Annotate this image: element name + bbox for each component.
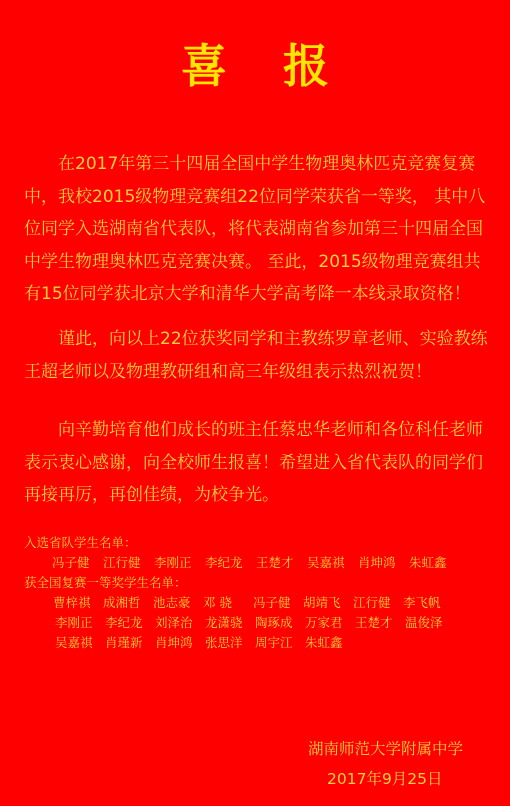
page-title: 喜 报 bbox=[0, 30, 510, 96]
provincial-team-heading: 入选省队学生名单： bbox=[24, 533, 494, 553]
student-name: 吴嘉祺 bbox=[307, 553, 358, 573]
student-name: 肖坤鸿 bbox=[358, 553, 409, 573]
thanks-paragraph: 向辛勤培育他们成长的班主任蔡忠华老师和各位科任老师表示衷心感谢，向全校师生报喜！… bbox=[24, 414, 490, 512]
student-name: 肖坤鸿 bbox=[155, 633, 205, 653]
student-name: 肖瑾新 bbox=[105, 633, 155, 653]
student-name: 成湘哲 bbox=[103, 593, 153, 613]
student-name: 李纪龙 bbox=[205, 553, 256, 573]
student-name: 李刚正 bbox=[154, 553, 205, 573]
student-name: 江行健 bbox=[353, 593, 403, 613]
title-char-xi: 喜 bbox=[181, 30, 227, 96]
student-name: 邓 骁 bbox=[203, 593, 253, 613]
student-name: 冯子健 bbox=[253, 593, 303, 613]
student-name: 龙潇骁 bbox=[205, 613, 255, 633]
student-name: 朱虹鑫 bbox=[409, 553, 460, 573]
student-name: 朱虹鑫 bbox=[305, 633, 355, 653]
student-name: 王楚才 bbox=[256, 553, 307, 573]
name-lists: 入选省队学生名单： 冯子健 江行健 李刚正 李纪龙 王楚才 吴嘉祺 肖坤鸿 朱虹… bbox=[24, 533, 494, 653]
signature-date: 2017年9月25日 bbox=[327, 767, 443, 789]
provincial-team-names: 冯子健 江行健 李刚正 李纪龙 王楚才 吴嘉祺 肖坤鸿 朱虹鑫 bbox=[24, 553, 494, 573]
student-name: 冯子健 bbox=[52, 553, 103, 573]
student-name: 刘泽治 bbox=[155, 613, 205, 633]
title-char-bao: 报 bbox=[283, 30, 329, 96]
national-prize-row-3: 吴嘉祺 肖瑾新 肖坤鸿 张思洋 周宇江 朱虹鑫 bbox=[24, 633, 494, 653]
student-name: 胡靖飞 bbox=[303, 593, 353, 613]
student-name: 曹梓祺 bbox=[53, 593, 103, 613]
student-name: 江行健 bbox=[103, 553, 154, 573]
student-name: 张思洋 bbox=[205, 633, 255, 653]
student-name: 吴嘉祺 bbox=[55, 633, 105, 653]
student-name: 王楚才 bbox=[355, 613, 405, 633]
student-name: 温俊泽 bbox=[405, 613, 455, 633]
national-prize-row-2: 李刚正 李纪龙 刘泽治 龙潇骁 陶琢成 万家君 王楚才 温俊泽 bbox=[24, 613, 494, 633]
student-name: 李飞帆 bbox=[403, 593, 453, 613]
student-name: 池志豪 bbox=[153, 593, 203, 613]
student-name: 周宇江 bbox=[255, 633, 305, 653]
signature-organization: 湖南师范大学附属中学 bbox=[308, 737, 463, 759]
national-prize-row-1: 曹梓祺 成湘哲 池志豪 邓 骁 冯子健 胡靖飞 江行健 李飞帆 bbox=[24, 593, 494, 613]
announcement-paragraph-1: 在2017年第三十四届全国中学生物理奥林匹克竞赛复赛中，我校2015级物理竞赛组… bbox=[24, 148, 490, 311]
student-name: 李纪龙 bbox=[105, 613, 155, 633]
national-prize-heading: 获全国复赛一等奖学生名单： bbox=[24, 573, 494, 593]
congratulations-paragraph: 谨此，向以上22位获奖同学和主教练罗章老师、实验教练王超老师以及物理教研组和高三… bbox=[24, 323, 490, 388]
student-name: 李刚正 bbox=[55, 613, 105, 633]
student-name: 万家君 bbox=[305, 613, 355, 633]
student-name: 陶琢成 bbox=[255, 613, 305, 633]
